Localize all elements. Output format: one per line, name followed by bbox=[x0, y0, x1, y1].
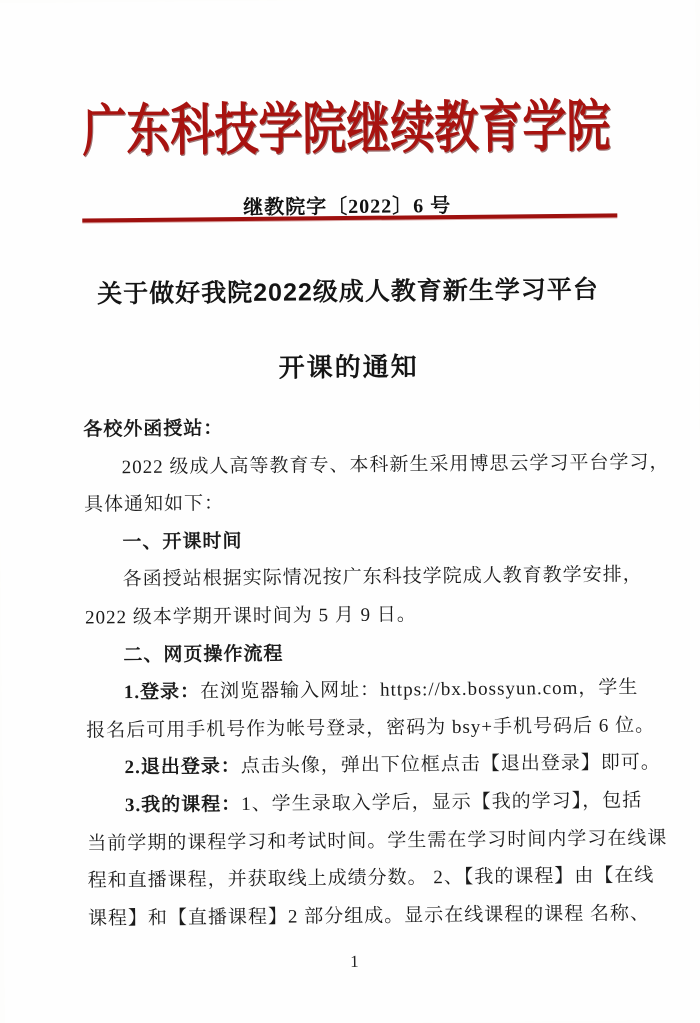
body-line: 2022 级成人高等教育专、本科新生采用博思云学习平台学习， bbox=[83, 444, 620, 487]
section-heading-1: 一、开课时间 bbox=[122, 531, 242, 553]
document-body: 各校外函授站： 2022 级成人高等教育专、本科新生采用博思云学习平台学习， 具… bbox=[83, 406, 625, 937]
body-line: 3.我的课程：1、学生录取入学后，显示【我的学习】，包括 bbox=[87, 782, 624, 825]
text-run: 课程】和【直播课程】2 部分组成。显示在线课程的课程 名称、 bbox=[88, 903, 650, 929]
body-line: 报名后可用手机号作为帐号登录，密码为 bsy+手机号码后 6 位。 bbox=[86, 707, 623, 750]
text-run: 1、学生录取入学后，显示【我的学习】，包括 bbox=[241, 790, 642, 815]
document-page: 广东科技学院继续教育学院 继教院字〔2022〕6 号 关于做好我院2022级成人… bbox=[0, 0, 700, 1023]
text-run: 2022 级成人高等教育专、本科新生采用博思云学习平台学习， bbox=[122, 452, 670, 478]
body-line: 各校外函授站： bbox=[83, 406, 620, 449]
text-run: 在浏览器输入网址：https://bx.bossyun.com，学生 bbox=[200, 677, 638, 702]
item-label-logout: 2.退出登录： bbox=[124, 756, 240, 778]
text-run: 2022 级本学期开课时间为 5 月 9 日。 bbox=[85, 604, 417, 628]
body-line: 具体通知如下： bbox=[84, 482, 621, 525]
item-label-login: 1.登录： bbox=[124, 682, 200, 704]
text-run: 点击头像，弹出下位框点击【退出登录】即可。 bbox=[241, 752, 661, 777]
text-run: 程和直播课程，并获取线上成绩分数。 2、【我的课程】由【在线 bbox=[88, 865, 655, 891]
section-heading-2: 二、网页操作流程 bbox=[123, 643, 283, 666]
salutation-text: 各校外函授站： bbox=[83, 418, 223, 440]
letterhead-org-title: 广东科技学院继续教育学院 bbox=[0, 97, 697, 164]
body-line: 课程】和【直播课程】2 部分组成。显示在线课程的课程 名称、 bbox=[88, 895, 625, 938]
body-line: 一、开课时间 bbox=[84, 519, 621, 562]
body-line: 当前学期的课程学习和考试时间。学生需在学习时间内学习在线课 bbox=[87, 820, 624, 863]
document-title-line2: 开课的通知 bbox=[0, 344, 699, 388]
body-line: 2022 级本学期开课时间为 5 月 9 日。 bbox=[85, 594, 622, 637]
page-number: 1 bbox=[4, 949, 700, 976]
body-line: 1.登录：在浏览器输入网址：https://bx.bossyun.com，学生 bbox=[86, 670, 623, 713]
body-line: 各函授站根据实际情况按广东科技学院成人教育教学安排， bbox=[85, 557, 622, 600]
letterhead-org-title-text: 广东科技学院继续教育学院 bbox=[82, 89, 611, 171]
text-run: 报名后可用手机号作为帐号登录，密码为 bsy+手机号码后 6 位。 bbox=[86, 715, 655, 741]
item-label-my-courses: 3.我的课程： bbox=[125, 794, 241, 816]
text-run: 各函授站根据实际情况按广东科技学院成人教育教学安排， bbox=[123, 565, 643, 591]
document-title-line1: 关于做好我院2022级成人教育新生学习平台 bbox=[0, 269, 698, 312]
body-line: 二、网页操作流程 bbox=[85, 632, 622, 675]
body-line: 2.退出登录：点击头像，弹出下位框点击【退出登录】即可。 bbox=[86, 745, 623, 788]
body-line: 程和直播课程，并获取线上成绩分数。 2、【我的课程】由【在线 bbox=[87, 858, 624, 901]
text-run: 具体通知如下： bbox=[84, 493, 224, 515]
text-run: 当前学期的课程学习和考试时间。学生需在学习时间内学习在线课 bbox=[87, 828, 667, 855]
